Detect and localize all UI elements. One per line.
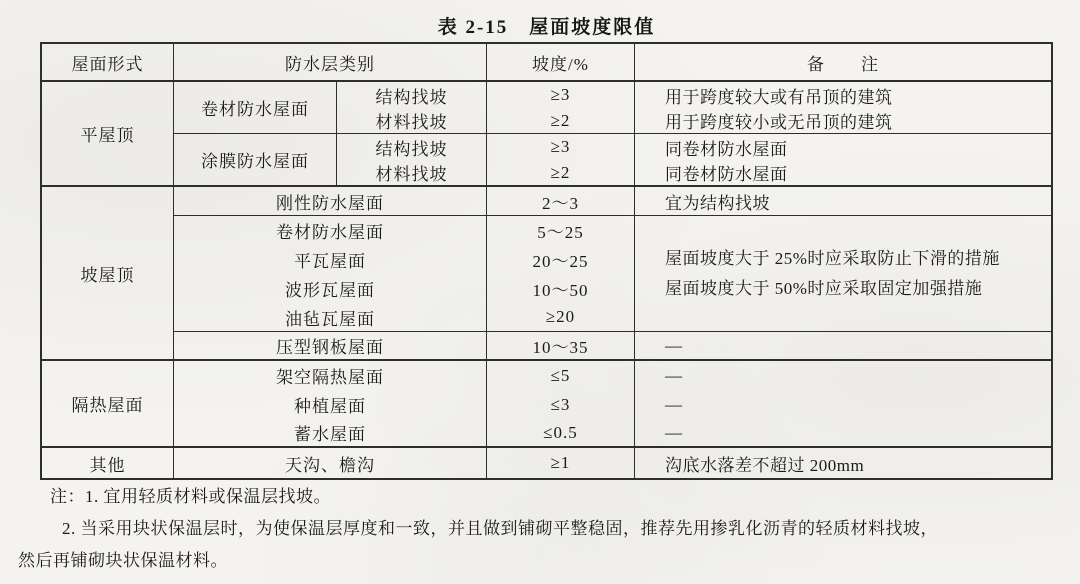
cell-category: 油毡瓦屋面	[174, 303, 487, 332]
table-row: 压型钢板屋面 10～35 —	[42, 332, 1051, 361]
header-roof-form: 屋面形式	[42, 44, 174, 82]
note-line-1: 注：1. 宜用轻质材料或保温层找坡。	[50, 484, 1080, 510]
cell-category: 压型钢板屋面	[174, 332, 487, 361]
table-row: 蓄水屋面 ≤0.5 —	[42, 419, 1051, 448]
cell-category: 蓄水屋面	[174, 419, 487, 448]
footnotes: 注：1. 宜用轻质材料或保温层找坡。 2. 当采用块状保温层时，为使保温层厚度和…	[0, 484, 1080, 580]
cell-slope-value: 5～25	[487, 216, 635, 245]
cell-category: 平瓦屋面	[174, 245, 487, 274]
cell-remark: 沟底水落差不超过 200mm	[635, 448, 1051, 478]
table-title: 表 2-15 屋面坡度限值	[40, 12, 1053, 39]
cell-slope-value: ≤5	[487, 361, 635, 390]
cell-remark: 同卷材防水屋面	[635, 134, 1051, 160]
header-slope: 坡度/%	[487, 44, 635, 82]
table-row: 卷材防水屋面 5～25 屋面坡度大于 25%时应采取防止下滑的措施 屋面坡度大于…	[42, 216, 1051, 245]
cell-slope-value: ≥2	[487, 108, 635, 134]
cell-slope-value: ≥1	[487, 448, 635, 478]
cell-category: 卷材防水屋面	[174, 216, 487, 245]
table-header-row: 屋面形式 防水层类别 坡度/% 备 注	[42, 44, 1051, 82]
table-row: 种植屋面 ≤3 —	[42, 390, 1051, 419]
cell-slope-type: 材料找坡	[337, 160, 487, 187]
cell-slope-value: ≥20	[487, 303, 635, 332]
cell-slope-value: ≤0.5	[487, 419, 635, 448]
cell-category: 涂膜防水屋面	[174, 134, 337, 187]
remark-line: 屋面坡度大于 50%时应采取固定加强措施	[665, 274, 1049, 304]
cell-category: 天沟、檐沟	[174, 448, 487, 478]
table-row: 涂膜防水屋面 结构找坡 ≥3 同卷材防水屋面	[42, 134, 1051, 160]
cell-remark: —	[635, 361, 1051, 390]
table-row: 坡屋顶 刚性防水屋面 2～3 宜为结构找坡	[42, 187, 1051, 216]
cell-remark: —	[635, 390, 1051, 419]
note-line-3: 然后再铺砌块状保温材料。	[18, 548, 1080, 574]
cell-roof-form-sloped: 坡屋顶	[42, 187, 174, 361]
cell-slope-value: ≥2	[487, 160, 635, 187]
cell-slope-value: 2～3	[487, 187, 635, 216]
cell-category: 架空隔热屋面	[174, 361, 487, 390]
header-waterproof-category: 防水层类别	[174, 44, 487, 82]
cell-roof-form-other: 其他	[42, 448, 174, 478]
cell-remark: —	[635, 332, 1051, 361]
cell-slope-value: 20～25	[487, 245, 635, 274]
cell-slope-type: 结构找坡	[337, 82, 487, 108]
header-remarks: 备 注	[635, 44, 1051, 82]
cell-slope-value: 10～50	[487, 274, 635, 303]
cell-slope-value: ≥3	[487, 82, 635, 108]
cell-category: 种植屋面	[174, 390, 487, 419]
roof-slope-table: 屋面形式 防水层类别 坡度/% 备 注 平屋顶 卷材防水屋面 结构找坡 ≥3 用…	[40, 42, 1053, 480]
cell-slope-value: ≥3	[487, 134, 635, 160]
cell-remark: 宜为结构找坡	[635, 187, 1051, 216]
cell-roof-form-flat: 平屋顶	[42, 82, 174, 187]
cell-remark: 用于跨度较小或无吊顶的建筑	[635, 108, 1051, 134]
cell-slope-value: 10～35	[487, 332, 635, 361]
remark-line: 屋面坡度大于 25%时应采取防止下滑的措施	[665, 244, 1049, 274]
table-row: 隔热屋面 架空隔热屋面 ≤5 —	[42, 361, 1051, 390]
table-row: 其他 天沟、檐沟 ≥1 沟底水落差不超过 200mm	[42, 448, 1051, 478]
cell-category: 波形瓦屋面	[174, 274, 487, 303]
cell-slope-type: 结构找坡	[337, 134, 487, 160]
cell-slope-type: 材料找坡	[337, 108, 487, 134]
cell-slope-value: ≤3	[487, 390, 635, 419]
scanned-document-page: 表 2-15 屋面坡度限值 屋面形式 防水层类别 坡度/% 备 注 平屋顶 卷材…	[0, 0, 1080, 584]
cell-roof-form-insulated: 隔热屋面	[42, 361, 174, 448]
cell-category: 刚性防水屋面	[174, 187, 487, 216]
cell-remark: 同卷材防水屋面	[635, 160, 1051, 187]
table-row: 平屋顶 卷材防水屋面 结构找坡 ≥3 用于跨度较大或有吊顶的建筑	[42, 82, 1051, 108]
cell-remark-merged: 屋面坡度大于 25%时应采取防止下滑的措施 屋面坡度大于 50%时应采取固定加强…	[635, 216, 1051, 332]
cell-category: 卷材防水屋面	[174, 82, 337, 134]
note-line-2: 2. 当采用块状保温层时，为使保温层厚度和一致，并且做到铺砌平整稳固，推荐先用掺…	[62, 516, 1080, 542]
cell-remark: 用于跨度较大或有吊顶的建筑	[635, 82, 1051, 108]
cell-remark: —	[635, 419, 1051, 448]
